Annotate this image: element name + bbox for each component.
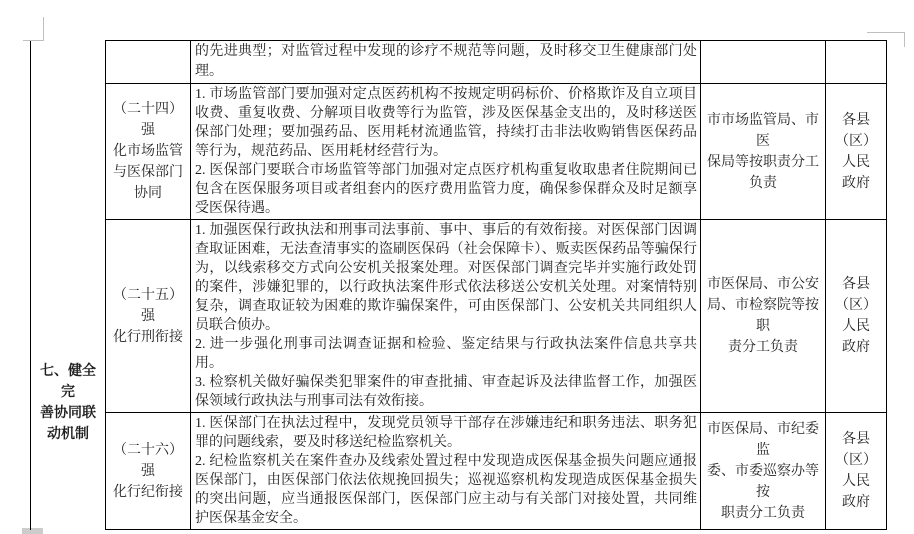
measure-content-cell: 1. 加强医保行政执法和刑事司法事前、事中、事后的有效衔接。对医保部门因调查取证… bbox=[191, 220, 701, 413]
measure-paragraph: 2. 医保部门要联合市场监管等部门加强对定点医疗机构重复收取患者住院期间已包含在… bbox=[195, 161, 697, 218]
measure-content-cell: 1. 市场监管部门要加强对定点医药机构不按规定明码标价、价格欺诈及自立项目收费、… bbox=[191, 84, 701, 220]
responsible-unit-cell: 市医保局、市公安 局、市检察院等按职 责分工负责 bbox=[701, 220, 826, 413]
measure-paragraph: 3. 检察机关做好骗保类犯罪案件的审查批捕、审查起诉及法律监督工作，加强医保领域… bbox=[195, 373, 697, 411]
document-page: 七、健全完 善协同联 动机制 的先进典型；对监管过程中发现的诊疗不规范等问题，及… bbox=[0, 0, 914, 534]
government-cell: 各县 （区） 人民 政府 bbox=[826, 413, 887, 530]
item-label-cell: （二十四）强 化市场监管 与医保部门 协同 bbox=[106, 84, 191, 220]
measure-paragraph: 2. 纪检监察机关在案件查办及线索处置过程中发现造成医保基金损失问题应通报医保部… bbox=[195, 452, 697, 528]
measure-content-cell: 的先进典型；对监管过程中发现的诊疗不规范等问题，及时移交卫生健康部门处理。 bbox=[191, 41, 701, 84]
responsible-unit-cell: 市医保局、市纪委监 委、市委巡察办等按 职责分工负责 bbox=[701, 413, 826, 530]
government-cell bbox=[826, 41, 887, 84]
item-label-cell: （二十六）强 化行纪衔接 bbox=[106, 413, 191, 530]
measure-content-cell: 1. 医保部门在执法过程中，发现党员领导干部存在涉嫌违纪和职务违法、职务犯罪的问… bbox=[191, 413, 701, 530]
measure-paragraph: 2. 进一步强化刑事司法调查证据和检验、鉴定结果与行政执法案件信息共享共用。 bbox=[195, 335, 697, 373]
page-margin-mark-top-left bbox=[23, 17, 44, 41]
section-label-cell: 七、健全完 善协同联 动机制 bbox=[31, 41, 106, 530]
government-cell: 各县 （区） 人民 政府 bbox=[826, 84, 887, 220]
table-row: （二十四）强 化市场监管 与医保部门 协同 1. 市场监管部门要加强对定点医药机… bbox=[31, 84, 887, 220]
policy-table: 七、健全完 善协同联 动机制 的先进典型；对监管过程中发现的诊疗不规范等问题，及… bbox=[30, 40, 887, 530]
table-row: （二十六）强 化行纪衔接 1. 医保部门在执法过程中，发现党员领导干部存在涉嫌违… bbox=[31, 413, 887, 530]
item-label-cell: （二十五）强 化行刑衔接 bbox=[106, 220, 191, 413]
responsible-unit-cell bbox=[701, 41, 826, 84]
government-cell: 各县 （区） 人民 政府 bbox=[826, 220, 887, 413]
item-label-cell bbox=[106, 41, 191, 84]
measure-paragraph: 1. 加强医保行政执法和刑事司法事前、事中、事后的有效衔接。对医保部门因调查取证… bbox=[195, 221, 697, 335]
responsible-unit-cell: 市市场监管局、市医 保局等按职责分工 负责 bbox=[701, 84, 826, 220]
table-row: 七、健全完 善协同联 动机制 的先进典型；对监管过程中发现的诊疗不规范等问题，及… bbox=[31, 41, 887, 84]
measure-paragraph: 1. 医保部门在执法过程中，发现党员领导干部存在涉嫌违纪和职务违法、职务犯罪的问… bbox=[195, 414, 697, 452]
table-row: （二十五）强 化行刑衔接 1. 加强医保行政执法和刑事司法事前、事中、事后的有效… bbox=[31, 220, 887, 413]
measure-paragraph: 1. 市场监管部门要加强对定点医药机构不按规定明码标价、价格欺诈及自立项目收费、… bbox=[195, 85, 697, 161]
measure-paragraph: 的先进典型；对监管过程中发现的诊疗不规范等问题，及时移交卫生健康部门处理。 bbox=[195, 42, 697, 82]
